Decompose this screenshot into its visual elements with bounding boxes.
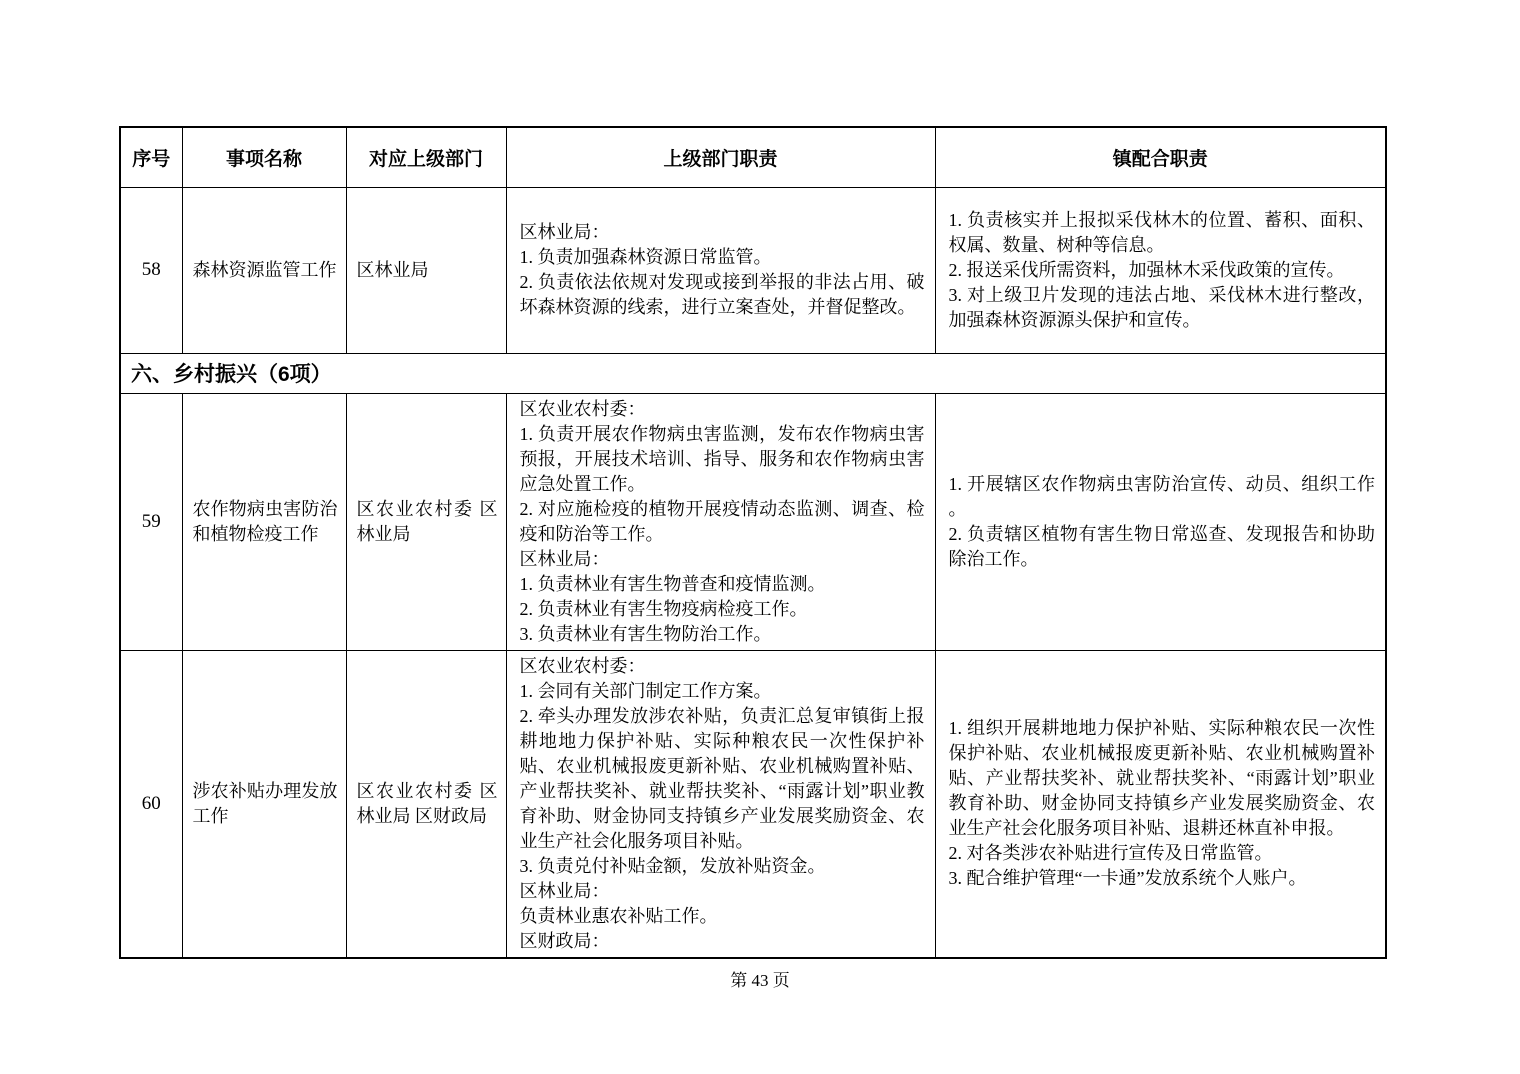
duty-paragraph: 3. 负责兑付补贴金额，发放补贴资金。: [520, 854, 925, 879]
table-row-58: 58 森林资源监管工作 区林业局 区林业局：1. 负责加强森林资源日常监管。2.…: [120, 187, 1386, 353]
col-header-item-name: 事项名称: [182, 127, 346, 187]
duty-paragraph: 2. 对各类涉农补贴进行宣传及日常监管。: [949, 841, 1376, 866]
duty-paragraph: 1. 负责加强森林资源日常监管。: [520, 245, 925, 270]
duty-paragraph: 2. 负责依法依规对发现或接到举报的非法占用、破坏森林资源的线索，进行立案查处，…: [520, 270, 925, 320]
row-id: 60: [120, 650, 182, 958]
town-duties-cell: 1. 组织开展耕地地力保护补贴、实际种粮农民一次性保护补贴、农业机械报废更新补贴…: [935, 650, 1386, 958]
duty-paragraph: 1. 负责核实并上报拟采伐林木的位置、蓄积、面积、权属、数量、树种等信息。: [949, 208, 1376, 258]
duty-paragraph: 区林业局：: [520, 879, 925, 904]
table-header-row: 序号 事项名称 对应上级部门 上级部门职责 镇配合职责: [120, 127, 1386, 187]
superior-duties-cell: 区林业局：1. 负责加强森林资源日常监管。2. 负责依法依规对发现或接到举报的非…: [506, 187, 935, 353]
row-id: 58: [120, 187, 182, 353]
superior-department: 区林业局: [346, 187, 506, 353]
superior-duties-cell: 区农业农村委：1. 负责开展农作物病虫害监测，发布农作物病虫害预报，开展技术培训…: [506, 393, 935, 650]
col-header-town-duties: 镇配合职责: [935, 127, 1386, 187]
table-row-59: 59 农作物病虫害防治和植物检疫工作 区农业农村委 区林业局 区农业农村委：1.…: [120, 393, 1386, 650]
col-header-superior-department: 对应上级部门: [346, 127, 506, 187]
page-number: 第 43 页: [0, 966, 1520, 991]
town-duties-cell: 1. 开展辖区农作物病虫害防治宣传、动员、组织工作 。2. 负责辖区植物有害生物…: [935, 393, 1386, 650]
duty-paragraph: 3. 负责林业有害生物防治工作。: [520, 622, 925, 647]
col-header-superior-duties: 上级部门职责: [506, 127, 935, 187]
item-name: 农作物病虫害防治和植物检疫工作: [182, 393, 346, 650]
item-name: 森林资源监管工作: [182, 187, 346, 353]
superior-department: 区农业农村委 区林业局: [346, 393, 506, 650]
duty-paragraph: 1. 负责林业有害生物普查和疫情监测。: [520, 572, 925, 597]
duty-paragraph: 1. 负责开展农作物病虫害监测，发布农作物病虫害预报，开展技术培训、指导、服务和…: [520, 422, 925, 497]
duty-paragraph: 负责林业惠农补贴工作。: [520, 904, 925, 929]
duty-paragraph: 区林业局：: [520, 220, 925, 245]
col-header-index: 序号: [120, 127, 182, 187]
duties-table: 序号 事项名称 对应上级部门 上级部门职责 镇配合职责 58 森林资源监管工作 …: [119, 126, 1387, 959]
duty-paragraph: 2. 负责林业有害生物疫病检疫工作。: [520, 597, 925, 622]
table-row-60: 60 涉农补贴办理发放工作 区农业农村委 区林业局 区财政局 区农业农村委：1.…: [120, 650, 1386, 958]
document-page: 序号 事项名称 对应上级部门 上级部门职责 镇配合职责 58 森林资源监管工作 …: [0, 0, 1520, 1074]
duty-paragraph: 区林业局：: [520, 547, 925, 572]
row-id: 59: [120, 393, 182, 650]
town-duties-cell: 1. 负责核实并上报拟采伐林木的位置、蓄积、面积、权属、数量、树种等信息。2. …: [935, 187, 1386, 353]
superior-duties-cell: 区农业农村委：1. 会同有关部门制定工作方案。2. 牵头办理发放涉农补贴，负责汇…: [506, 650, 935, 958]
duty-paragraph: 区农业农村委：: [520, 397, 925, 422]
duty-paragraph: 1. 组织开展耕地地力保护补贴、实际种粮农民一次性保护补贴、农业机械报废更新补贴…: [949, 716, 1376, 841]
item-name: 涉农补贴办理发放工作: [182, 650, 346, 958]
duty-paragraph: 2. 对应施检疫的植物开展疫情动态监测、调查、检疫和防治等工作。: [520, 497, 925, 547]
duty-paragraph: 3. 配合维护管理“一卡通”发放系统个人账户。: [949, 866, 1376, 891]
duty-paragraph: 2. 牵头办理发放涉农补贴，负责汇总复审镇街上报耕地地力保护补贴、实际种粮农民一…: [520, 704, 925, 854]
duty-paragraph: 3. 对上级卫片发现的违法占地、采伐林木进行整改，加强森林资源源头保护和宣传。: [949, 283, 1376, 333]
duty-paragraph: 区农业农村委：: [520, 654, 925, 679]
duty-paragraph: 1. 开展辖区农作物病虫害防治宣传、动员、组织工作 。: [949, 472, 1376, 522]
duty-paragraph: 2. 负责辖区植物有害生物日常巡查、发现报告和协助除治工作。: [949, 522, 1376, 572]
duty-paragraph: 2. 报送采伐所需资料，加强林木采伐政策的宣传。: [949, 258, 1376, 283]
duty-paragraph: 区财政局：: [520, 929, 925, 954]
duty-paragraph: 1. 会同有关部门制定工作方案。: [520, 679, 925, 704]
superior-department: 区农业农村委 区林业局 区财政局: [346, 650, 506, 958]
section-title: 六、乡村振兴（6项）: [120, 353, 1386, 393]
section-header-row: 六、乡村振兴（6项）: [120, 353, 1386, 393]
